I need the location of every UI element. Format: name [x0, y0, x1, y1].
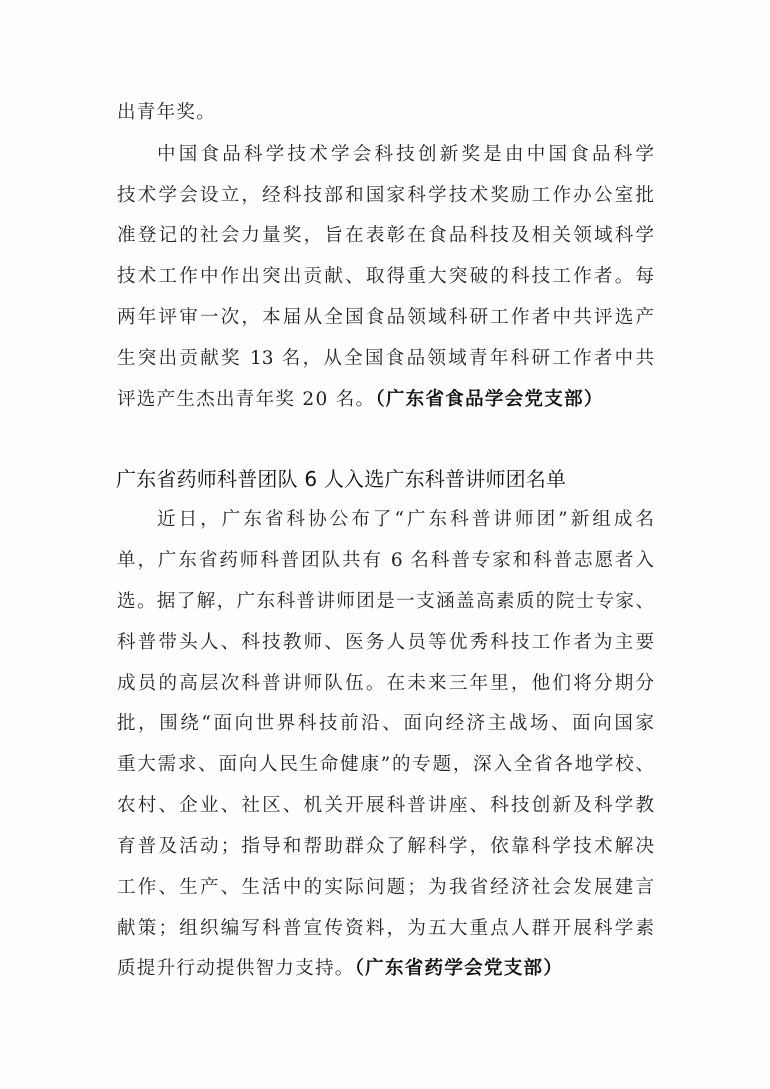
document-page: 出青年奖。 中国食品科学技术学会科技创新奖是由中国食品科学 技术学会设立，经科技… — [0, 0, 770, 1089]
article-heading: 广东省药师科普团队 6 人入选广东科普讲师团名单 — [116, 463, 566, 495]
paragraph-line: 技术工作中作出突出贡献、取得重大突破的科技工作者。每 — [117, 262, 654, 292]
paragraph-line: 近日，广东省科协公布了“广东科普讲师团”新组成名 — [157, 505, 654, 535]
paragraph-line: 成员的高层次科普讲师队伍。在未来三年里，他们将分期分 — [117, 669, 654, 699]
last-line-text: 评选产生杰出青年奖 20 名。 — [117, 389, 375, 410]
last-line-text: 质提升行动提供智力支持。 — [117, 958, 355, 979]
paragraph-line: 中国食品科学技术学会科技创新奖是由中国食品科学 — [157, 140, 654, 170]
paragraph-line: 选。据了解，广东科普讲师团是一支涵盖高素质的院士专家、 — [117, 587, 654, 617]
paragraph-last-line: 评选产生杰出青年奖 20 名。（广东省食品学会党支部） — [117, 385, 657, 415]
continuation-line: 出青年奖。 — [117, 98, 657, 128]
paragraph-last-line: 质提升行动提供智力支持。（广东省药学会党支部） — [117, 954, 657, 984]
paragraph-line: 科普带头人、科技教师、医务人员等优秀科技工作者为主要 — [117, 628, 654, 658]
paragraph-line: 批，围绕“面向世界科技前沿、面向经济主战场、面向国家 — [117, 709, 654, 739]
paragraph-line: 工作、生产、生活中的实际问题；为我省经济社会发展建言 — [117, 873, 654, 903]
paragraph-line: 重大需求、面向人民生命健康”的专题，深入全省各地学校、 — [117, 750, 654, 780]
paragraph-line: 技术学会设立，经科技部和国家科学技术奖励工作办公室批 — [117, 181, 654, 211]
paragraph-line: 献策；组织编写科普宣传资料，为五大重点人群开展科学素 — [117, 914, 654, 944]
source-attribution: （广东省食品学会党支部） — [375, 389, 603, 410]
paragraph-line: 育普及活动；指导和帮助群众了解科学，依靠科学技术解决 — [117, 832, 654, 862]
paragraph-line: 生突出贡献奖 13 名，从全国食品领域青年科研工作者中共 — [117, 344, 654, 374]
paragraph-line: 农村、企业、社区、机关开展科普讲座、科技创新及科学教 — [117, 791, 654, 821]
source-attribution: （广东省药学会党支部） — [355, 958, 564, 979]
paragraph-line: 单，广东省药师科普团队共有 6 名科普专家和科普志愿者入 — [117, 546, 654, 576]
paragraph-line: 两年评审一次，本届从全国食品领域科研工作者中共评选产 — [117, 303, 654, 333]
paragraph-line: 准登记的社会力量奖，旨在表彰在食品科技及相关领域科学 — [117, 221, 654, 251]
